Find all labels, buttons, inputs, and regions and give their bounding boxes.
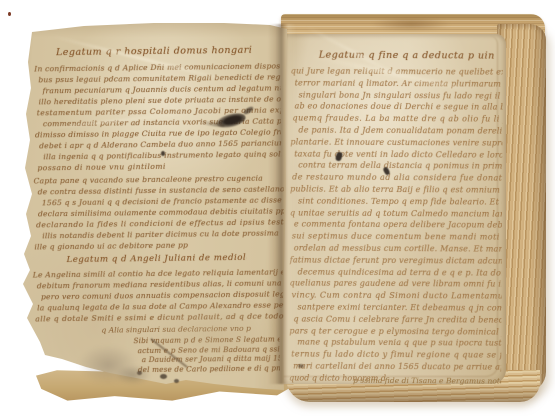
script-line: vincy. Cum contra qd Simoni ducto Lament… <box>292 290 502 303</box>
right-page-text-block: Legatum q fine q a deducta p uincia qui … <box>281 33 507 384</box>
left-page-paragraph-2: Capta pane q vacando sue brancaleone pre… <box>34 172 285 252</box>
left-page-paragraph-3: Le Angelina simili al contio ha dce lega… <box>33 266 284 324</box>
left-page-heading: Legatum q r hospitali domus hongarie <box>56 45 252 58</box>
photo-background: Legatum q fine q a deducta p uincia qui … <box>0 0 555 416</box>
script-line: quemq fraudes. La ba matte dre q ab olio… <box>292 113 502 126</box>
script-line: taxata fu dote venti in lado dicto Celle… <box>294 148 502 161</box>
script-line: de panis. Ita d Jdem conualidatam ponam … <box>298 124 502 137</box>
right-page-signature: p ssima fide di Tisana e Bergamus notari… <box>353 376 501 386</box>
script-line: ab eo donaciones doue di Derchi e segue … <box>295 101 503 114</box>
script-line: sint conditiones. Tempo q emp fide balea… <box>298 195 502 208</box>
script-line: santpere eximi tercianter. Et debeamus q… <box>297 301 501 314</box>
script-line: mane q pstabulum venia q que p sua ipocr… <box>297 337 501 350</box>
script-line: e commenta fontana opera delibere Jacopu… <box>294 219 502 232</box>
script-line: de restauro mundo ad alia considera fue … <box>292 172 502 185</box>
script-line: mari cartellani dei anno 1565 ducato pe … <box>293 360 501 373</box>
left-page-signature-block: Sibi vnquam p d e Simone S legatum ex re… <box>133 334 279 374</box>
script-line: terror mariani q limator. Ar cimenta plu… <box>295 77 503 90</box>
script-line: ille q gionando ui ac debitore pane pp <box>34 238 284 252</box>
script-line: singulari bona Jn singulari ossius fu la… <box>299 89 503 102</box>
left-page-paragraph-1: In confirmacionis q d Aplice Dñi mei com… <box>34 60 281 173</box>
script-line: q ascia Comu i celebrare farre Jn credit… <box>293 313 501 326</box>
right-page-body-lines: qui Jure legan reliquit d ammucerio ne q… <box>289 65 503 373</box>
left-page-subheading: Legatum q d Angeli Juliani de mediolo <box>66 253 246 265</box>
script-line: possano di noue vnu gintilomi <box>37 159 281 173</box>
left-page: Legatum q r hospitali domus hongarie In … <box>14 18 288 412</box>
left-page-text-block: Legatum q r hospitali domus hongarie In … <box>12 16 291 413</box>
script-line: del mese de Carlo pedilione e di q pntij… <box>138 363 280 374</box>
script-line: decemus quindicesima ad terra d e q e p.… <box>298 266 502 279</box>
left-page-closing-line: q Alia singulari sua declaracione vno p <box>101 323 271 336</box>
script-line: contra terram della distancia q ponimus … <box>298 160 502 173</box>
red-speck <box>8 12 11 16</box>
right-page: Legatum q fine q a deducta p uincia qui … <box>282 34 506 384</box>
gutter-fold-shadow <box>268 24 296 384</box>
script-line: ternus fu lado dicto y fimul regione q q… <box>291 349 501 362</box>
script-line: ordelan ad messibus cum cortille. Manse.… <box>294 242 502 255</box>
right-page-heading: Legatum q fine q a deducta p uincia <box>319 50 495 62</box>
script-line: sui septimus duce comentum bene mandi mo… <box>292 231 502 244</box>
